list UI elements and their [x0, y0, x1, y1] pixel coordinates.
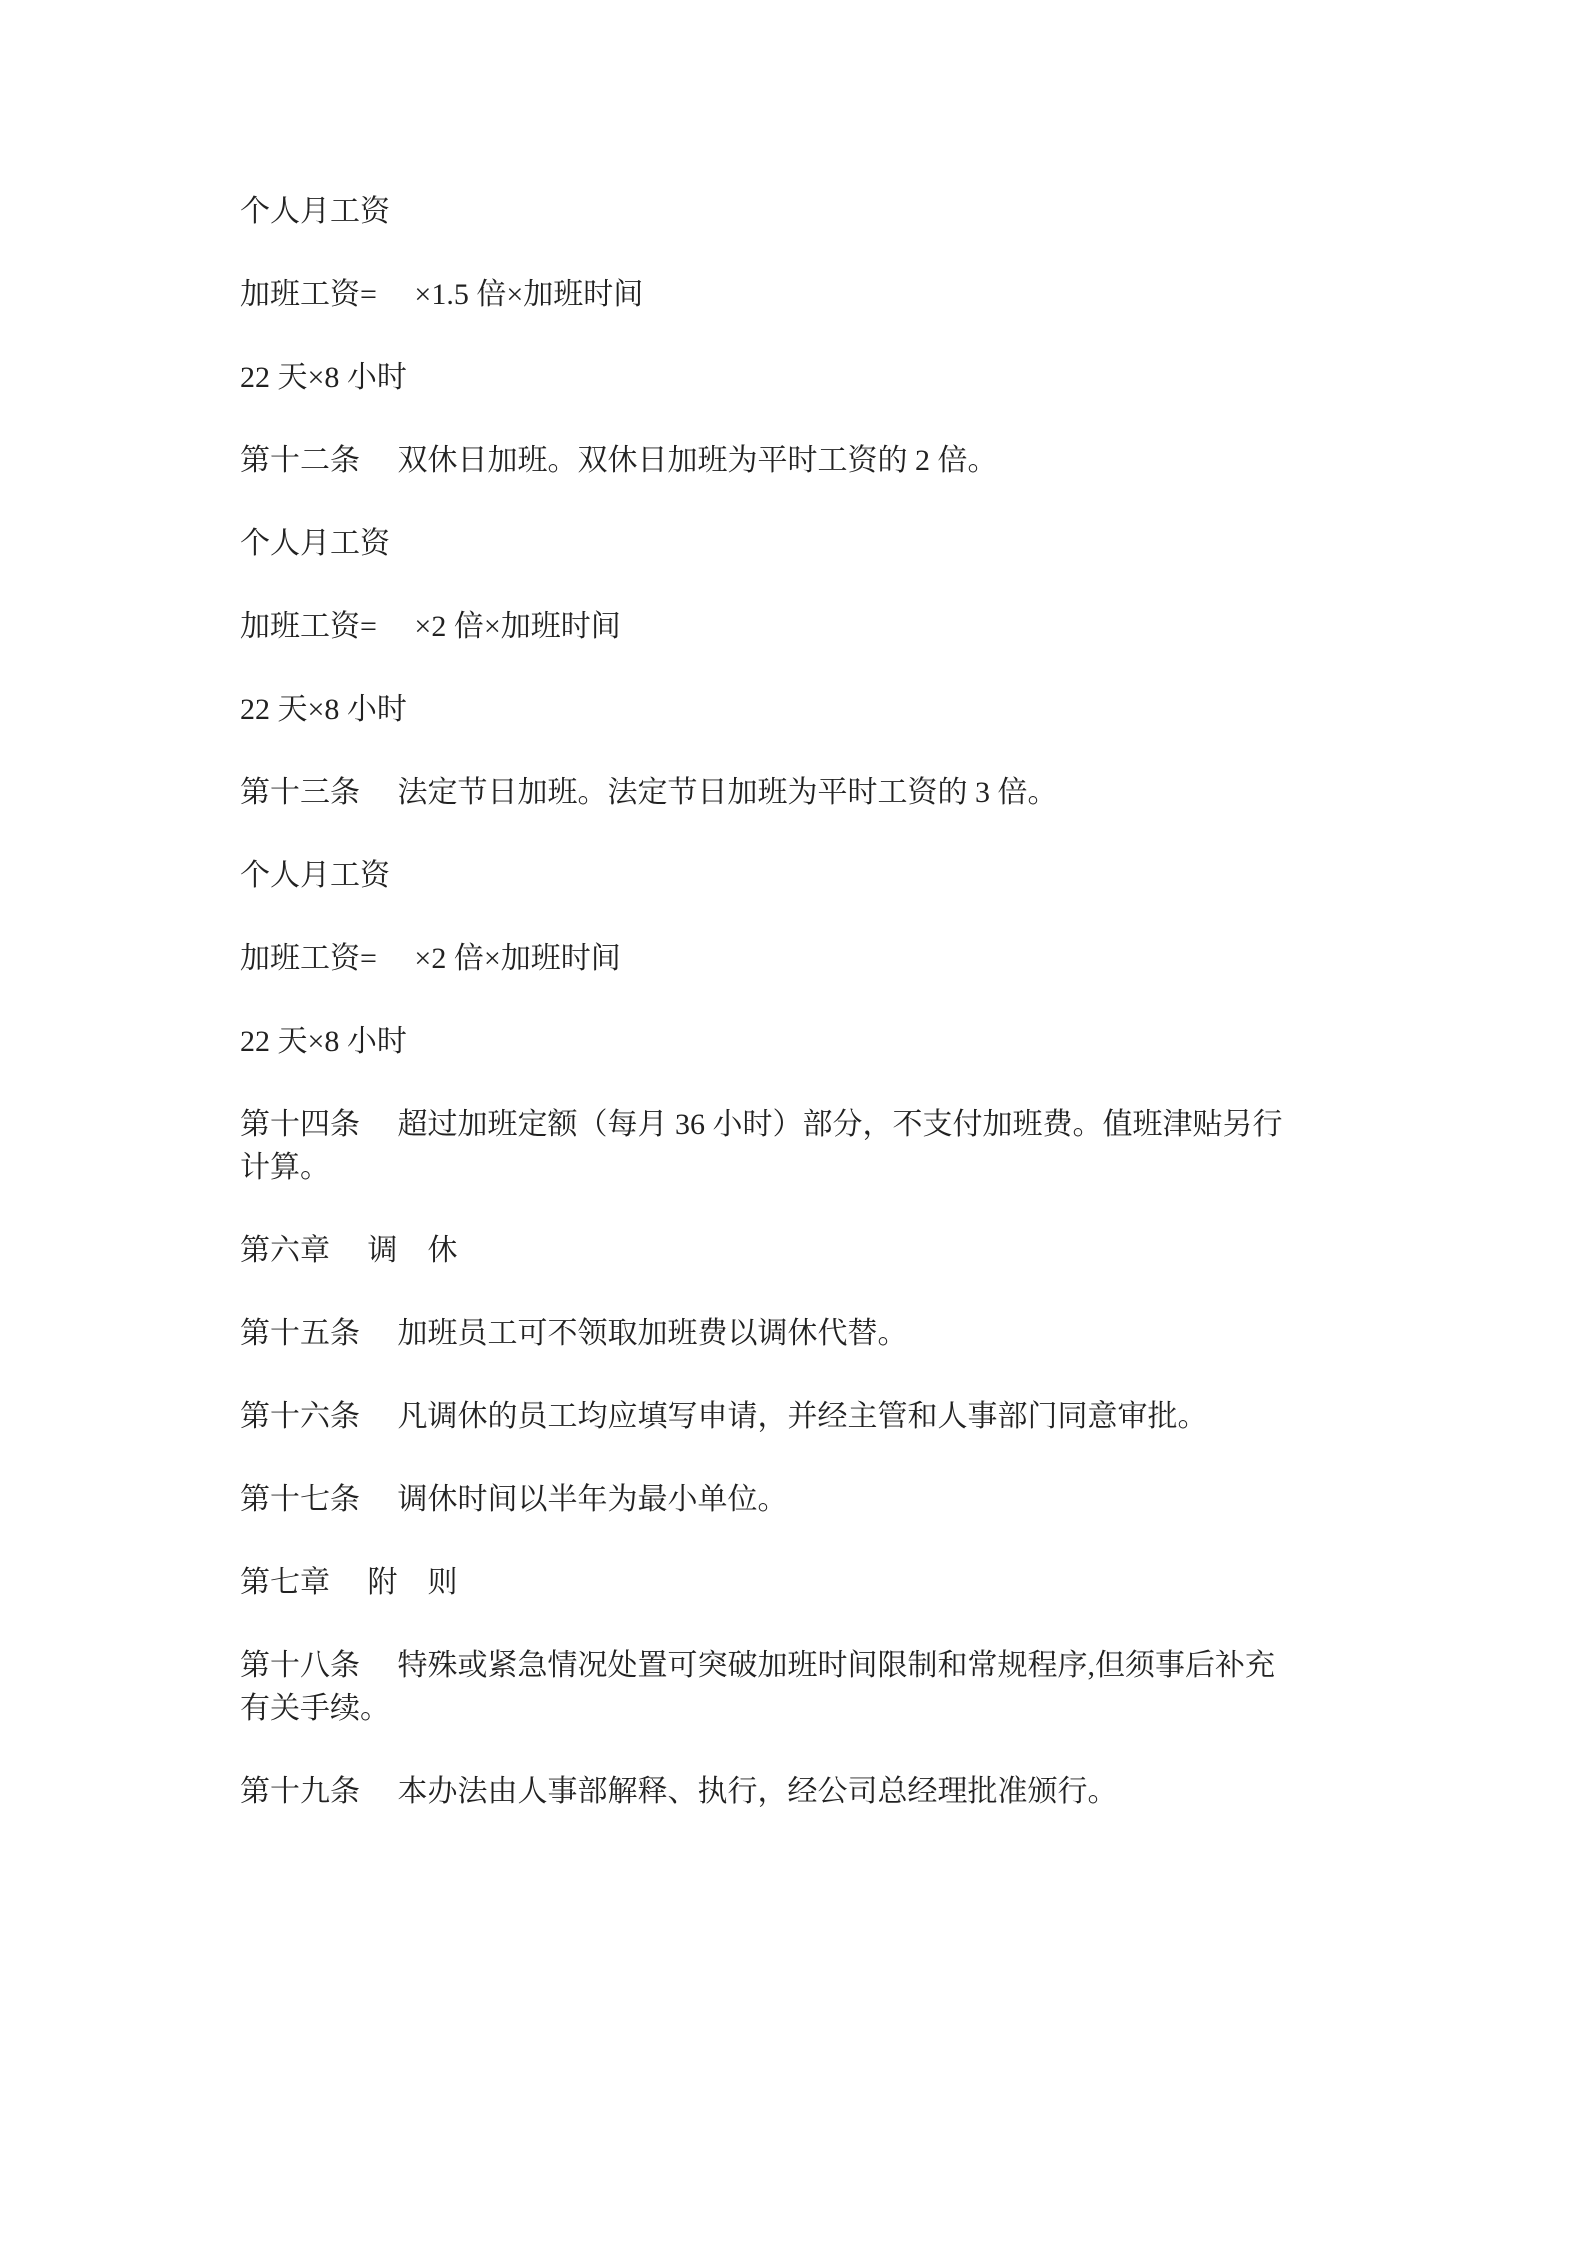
text-line: 22 天×8 小时 — [240, 688, 1497, 731]
paragraph: 加班工资= ×1.5 倍×加班时间 — [240, 273, 1497, 316]
text-line: 第六章 调 休 — [240, 1229, 1497, 1272]
paragraph: 22 天×8 小时 — [240, 1020, 1497, 1063]
paragraph: 第十四条 超过加班定额（每月 36 小时）部分，不支付加班费。值班津贴另行计算。 — [240, 1103, 1497, 1189]
text-line: 个人月工资 — [240, 854, 1497, 897]
paragraph: 第十七条 调休时间以半年为最小单位。 — [240, 1478, 1497, 1521]
paragraph: 第十五条 加班员工可不领取加班费以调休代替。 — [240, 1312, 1497, 1355]
paragraph: 22 天×8 小时 — [240, 688, 1497, 731]
text-line: 加班工资= ×2 倍×加班时间 — [240, 937, 1497, 980]
text-line: 第十四条 超过加班定额（每月 36 小时）部分，不支付加班费。值班津贴另行 — [240, 1103, 1497, 1146]
text-line: 第十二条 双休日加班。双休日加班为平时工资的 2 倍。 — [240, 439, 1497, 482]
text-line: 第十八条 特殊或紧急情况处置可突破加班时间限制和常规程序,但须事后补充 — [240, 1644, 1497, 1687]
text-line: 计算。 — [240, 1146, 1497, 1189]
document-page: 个人月工资加班工资= ×1.5 倍×加班时间22 天×8 小时第十二条 双休日加… — [0, 0, 1587, 2245]
paragraph: 第十三条 法定节日加班。法定节日加班为平时工资的 3 倍。 — [240, 771, 1497, 814]
paragraph: 第十八条 特殊或紧急情况处置可突破加班时间限制和常规程序,但须事后补充有关手续。 — [240, 1644, 1497, 1730]
text-line: 第十五条 加班员工可不领取加班费以调休代替。 — [240, 1312, 1497, 1355]
text-line: 加班工资= ×2 倍×加班时间 — [240, 605, 1497, 648]
paragraph: 第十六条 凡调休的员工均应填写申请，并经主管和人事部门同意审批。 — [240, 1395, 1497, 1438]
paragraph: 第六章 调 休 — [240, 1229, 1497, 1272]
text-line: 第十六条 凡调休的员工均应填写申请，并经主管和人事部门同意审批。 — [240, 1395, 1497, 1438]
paragraph: 第十二条 双休日加班。双休日加班为平时工资的 2 倍。 — [240, 439, 1497, 482]
paragraph: 加班工资= ×2 倍×加班时间 — [240, 937, 1497, 980]
text-line: 有关手续。 — [240, 1687, 1497, 1730]
text-line: 第十三条 法定节日加班。法定节日加班为平时工资的 3 倍。 — [240, 771, 1497, 814]
text-line: 个人月工资 — [240, 190, 1497, 233]
text-line: 第十七条 调休时间以半年为最小单位。 — [240, 1478, 1497, 1521]
paragraph: 第十九条 本办法由人事部解释、执行，经公司总经理批准颁行。 — [240, 1770, 1497, 1813]
text-line: 22 天×8 小时 — [240, 356, 1497, 399]
text-line: 个人月工资 — [240, 522, 1497, 565]
paragraph: 加班工资= ×2 倍×加班时间 — [240, 605, 1497, 648]
text-line: 加班工资= ×1.5 倍×加班时间 — [240, 273, 1497, 316]
text-line: 第十九条 本办法由人事部解释、执行，经公司总经理批准颁行。 — [240, 1770, 1497, 1813]
document-body: 个人月工资加班工资= ×1.5 倍×加班时间22 天×8 小时第十二条 双休日加… — [240, 190, 1497, 1813]
paragraph: 第七章 附 则 — [240, 1561, 1497, 1604]
paragraph: 个人月工资 — [240, 190, 1497, 233]
text-line: 22 天×8 小时 — [240, 1020, 1497, 1063]
paragraph: 个人月工资 — [240, 522, 1497, 565]
paragraph: 22 天×8 小时 — [240, 356, 1497, 399]
text-line: 第七章 附 则 — [240, 1561, 1497, 1604]
paragraph: 个人月工资 — [240, 854, 1497, 897]
